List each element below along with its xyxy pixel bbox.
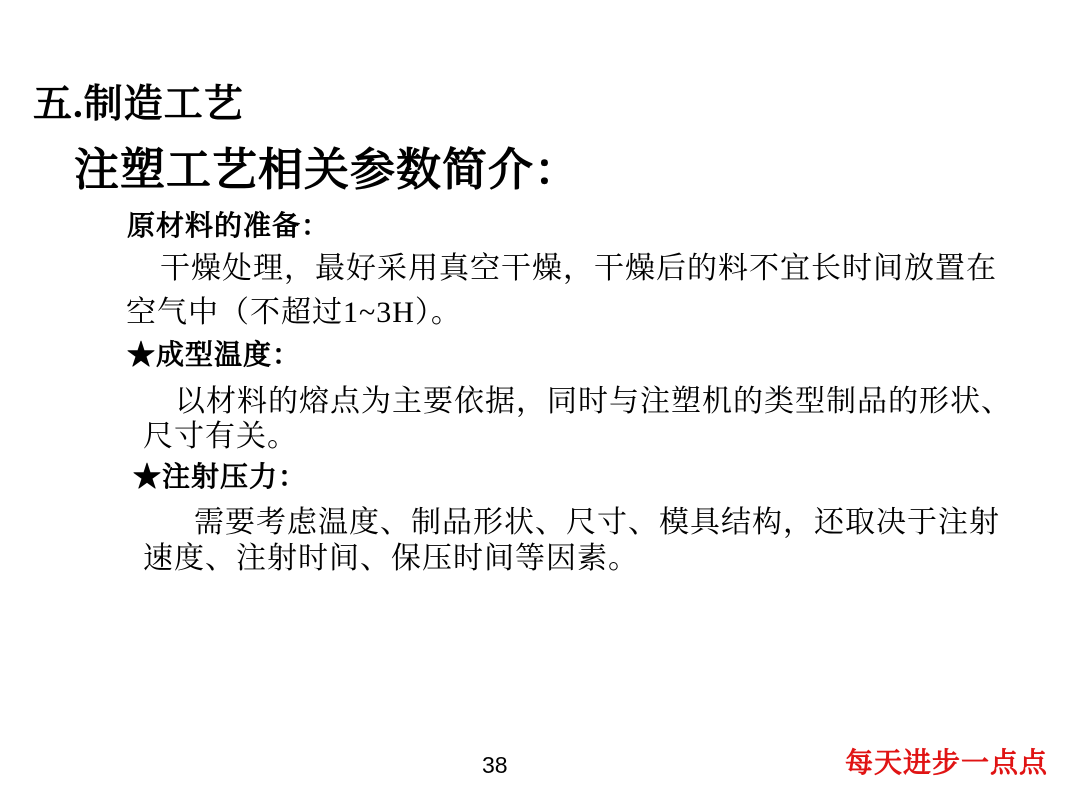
section-heading-raw-material-prep: 原材料的准备： <box>127 212 330 243</box>
body-line: 速度、注射时间、保压时间等因素。 <box>143 542 639 575</box>
section-heading-molding-temperature: ★成型温度： <box>127 341 301 372</box>
body-line: 以材料的熔点为主要依据，同时与注塑机的类型制品的形状、 <box>175 385 1012 418</box>
body-line: 尺寸有关。 <box>143 420 298 453</box>
page-number: 38 <box>482 753 508 778</box>
body-line: 空气中（不超过1~3H）。 <box>126 296 462 329</box>
slide-subtitle: 注塑工艺相关参数简介： <box>74 146 580 196</box>
body-line: 需要考虑温度、制品形状、尺寸、模具结构，还取决于注射 <box>194 506 1000 539</box>
section-heading-injection-pressure: ★注射压力： <box>133 463 307 494</box>
footer-motto: 每天进步一点点 <box>845 748 1048 779</box>
body-line: 干燥处理，最好采用真空干燥，干燥后的料不宜长时间放置在 <box>160 252 997 285</box>
slide-canvas: 五.制造工艺 注塑工艺相关参数简介： 原材料的准备： 干燥处理，最好采用真空干燥… <box>0 0 1076 807</box>
slide-title: 五.制造工艺 <box>33 84 244 127</box>
